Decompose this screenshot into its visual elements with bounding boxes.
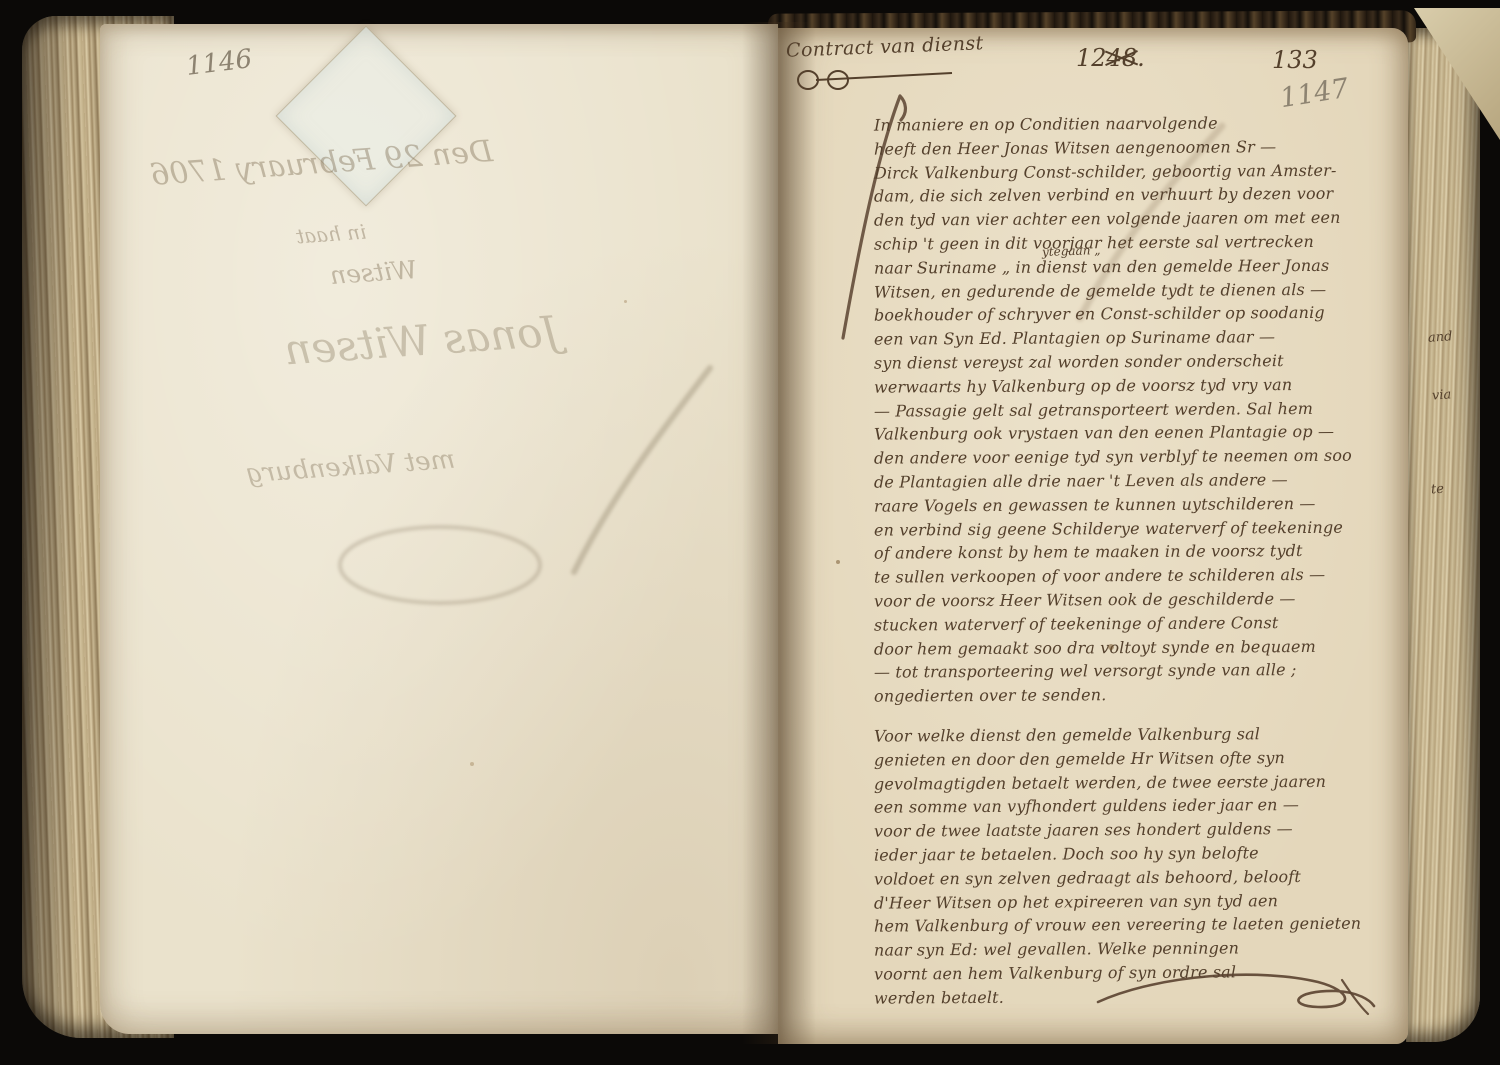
- old-folio-struck-digits: 48: [1107, 44, 1138, 72]
- handwritten-line: Voor welke dienst den gemelde Valkenburg…: [874, 721, 1402, 748]
- handwritten-line: boekhouder of schryver en Const-schilder…: [874, 301, 1402, 328]
- handwritten-line: Valkenburg ook vrystaen van den eenen Pl…: [874, 420, 1402, 447]
- bleedthrough-line: in haat: [295, 220, 367, 249]
- handwritten-line: gevolmagtigden betaelt werden, de twee e…: [874, 769, 1402, 796]
- old-folio-suffix: .: [1137, 44, 1145, 72]
- interlinear-insertion: ytegaan „: [1042, 243, 1101, 259]
- handwritten-line: den andere voor eenige tyd syn verblyf t…: [874, 444, 1402, 471]
- old-folio-number: 1248.: [1076, 44, 1145, 72]
- handwritten-line: heeft den Heer Jonas Witsen aengenoomen …: [874, 134, 1402, 161]
- handwritten-line: In maniere en op Conditien naarvolgende: [874, 110, 1402, 137]
- fore-edge-text-fragment: via: [1432, 387, 1452, 403]
- fox-spot: [470, 762, 474, 766]
- handwritten-line: of andere konst by hem te maaken in de v…: [874, 539, 1402, 566]
- handwritten-line: naar syn Ed: wel gevallen. Welke penning…: [874, 935, 1402, 962]
- handwritten-line: dam, die sich zelven verbind en verhuurt…: [874, 182, 1402, 209]
- handwritten-line: raare Vogels en gewassen te kunnen uytsc…: [874, 491, 1402, 518]
- handwritten-line: genieten en door den gemelde Hr Witsen o…: [874, 745, 1402, 772]
- bleedthrough-oval-flourish: [330, 520, 550, 610]
- old-folio-prefix: 12: [1076, 44, 1107, 72]
- handwritten-line: ieder jaar te betaelen. Doch soo hy syn …: [874, 840, 1402, 867]
- handwritten-line: — tot transporteering wel versorgt synde…: [874, 658, 1402, 685]
- handwritten-line: werwaarts hy Valkenburg op de voorsz tyd…: [874, 372, 1402, 399]
- handwritten-line: ongedierten over te senden.: [874, 682, 1402, 709]
- folio-number-ink: 133: [1272, 46, 1318, 74]
- manuscript-photo: { "colors": { "background": "#0b0907", "…: [0, 0, 1500, 1065]
- fore-edge-text-fragment: and: [1428, 329, 1453, 346]
- handwritten-line: naar Suriname „ in dienst van den gemeld…: [874, 253, 1402, 280]
- handwritten-line: voor de voorsz Heer Witsen ook de geschi…: [874, 586, 1402, 613]
- handwritten-line: een somme van vyfhondert guldens ieder j…: [874, 793, 1402, 820]
- closing-signature-flourish: [1090, 960, 1380, 1020]
- handwritten-line: stucken waterverf of teekeninge of ander…: [874, 610, 1402, 637]
- handwritten-line: te sullen verkoopen of voor andere te sc…: [874, 563, 1402, 590]
- handwritten-line: schip 't geen in dit voorjaar het eerste…: [874, 229, 1402, 256]
- handwritten-line: syn dienst vereyst zal worden sonder ond…: [874, 348, 1402, 375]
- handwritten-line: hem Valkenburg of vrouw een vereering te…: [874, 912, 1402, 939]
- fox-spot: [836, 560, 840, 564]
- handwritten-line: voor de twee laatste jaaren ses hondert …: [874, 816, 1402, 843]
- handwritten-line: de Plantagien alle drie naer 't Leven al…: [874, 467, 1402, 494]
- bleedthrough-line: Witsen: [329, 255, 418, 290]
- bleedthrough-flourish-stroke: [560, 360, 720, 580]
- handwritten-line: den tyd van vier achter een volgende jaa…: [874, 206, 1402, 233]
- contract-text-block: In maniere en op Conditien naarvolgende …: [874, 112, 1402, 1008]
- handwritten-line: d'Heer Witsen op het expireeren van syn …: [874, 888, 1402, 915]
- contract-paragraph-1: In maniere en op Conditien naarvolgende …: [874, 112, 1402, 707]
- handwritten-line: voldoet en syn zelven gedraagt als behoo…: [874, 864, 1402, 891]
- fox-spot: [1108, 644, 1114, 650]
- right-page-edge-stack: [1406, 28, 1480, 1042]
- fox-spot: [624, 300, 627, 303]
- fore-edge-text-fragment: te: [1430, 482, 1444, 498]
- handwritten-line: een van Syn Ed. Plantagien op Suriname d…: [874, 325, 1402, 352]
